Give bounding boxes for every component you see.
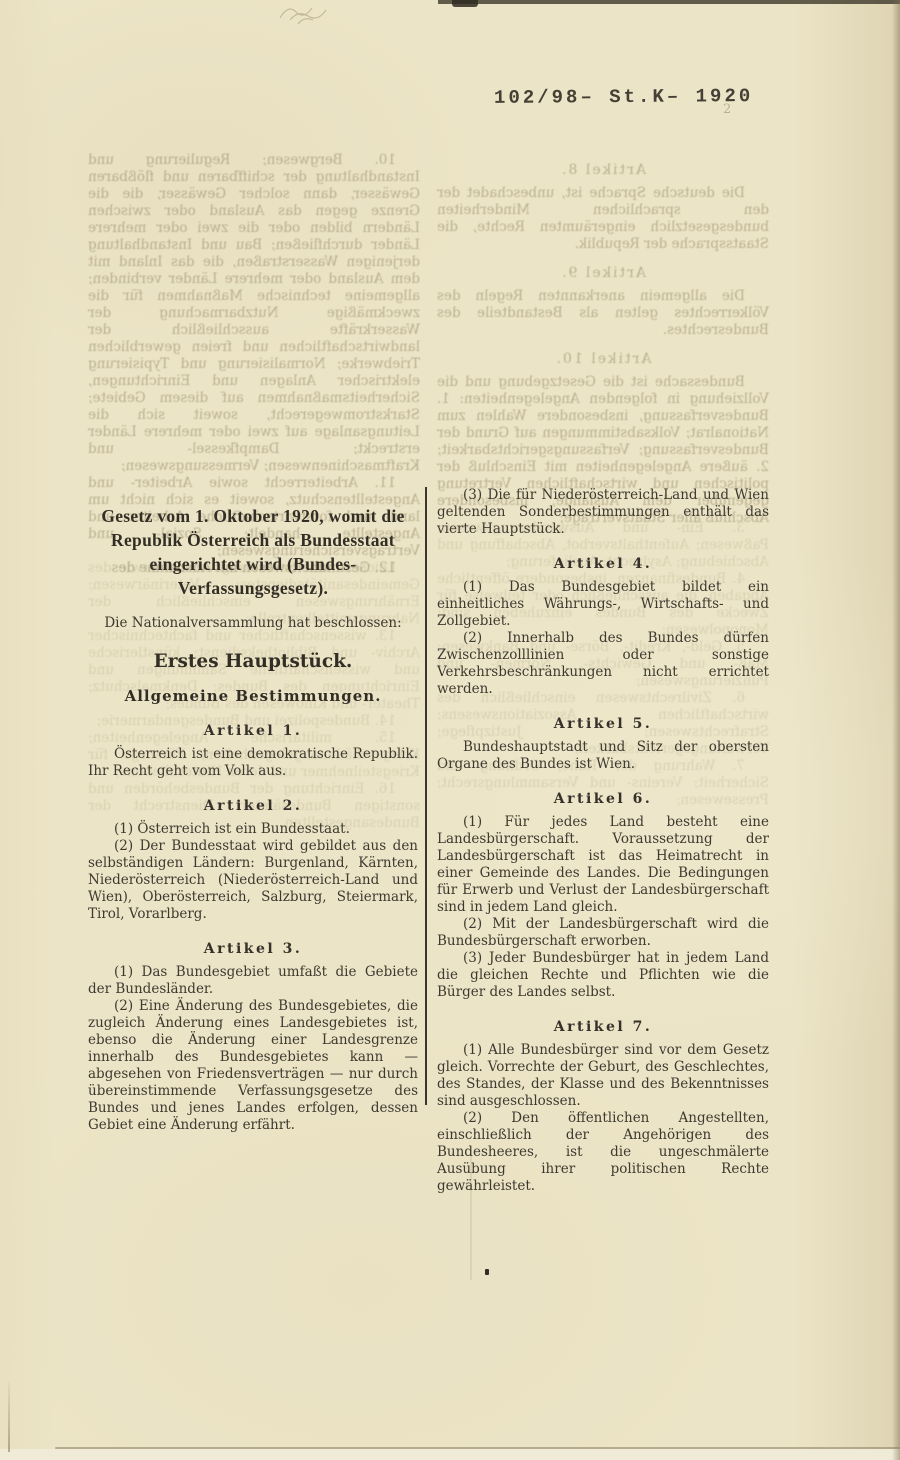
article-1-paragraph: Österreich ist eine demokratische Republ… bbox=[88, 746, 418, 780]
article-6-paragraph: (3) Jeder Bundesbürger hat in jedem Land… bbox=[437, 950, 769, 1001]
article-4-heading: Artikel 4. bbox=[437, 556, 769, 572]
scanned-document-page: 102/98– St.K– 1920 2 10. Bergwesen; Regu… bbox=[0, 0, 900, 1460]
article-6-heading: Artikel 6. bbox=[437, 791, 769, 807]
article-6-paragraph: (2) Mit der Landesbürgerschaft wird die … bbox=[437, 916, 769, 950]
article-4-paragraph: (2) Innerhalb des Bundes dürfen Zwischen… bbox=[437, 630, 769, 698]
article-5-heading: Artikel 5. bbox=[437, 716, 769, 732]
article-3-heading: Artikel 3. bbox=[88, 941, 418, 957]
archive-stamp: 102/98– St.K– 1920 bbox=[494, 85, 753, 109]
scan-edge-top-mark bbox=[452, 0, 478, 7]
bleedthrough-paragraph: 10. Bergwesen; Regulierung und Instandha… bbox=[88, 152, 420, 475]
article-3-paragraph: (2) Eine Änderung des Bundesgebietes, di… bbox=[88, 998, 418, 1134]
scan-edge-top bbox=[438, 0, 900, 4]
right-column: (3) Die für Niederösterreich-Land und Wi… bbox=[437, 487, 769, 1195]
article-6-paragraph: (1) Für jedes Land besteht eine Landesbü… bbox=[437, 814, 769, 916]
bleedthrough-right-top: Artikel 8. Die deutsche Sprache ist, unb… bbox=[437, 150, 769, 527]
column-divider-rule bbox=[425, 487, 427, 1105]
paper-bottom-edge bbox=[55, 1447, 900, 1449]
scan-edge-right bbox=[892, 0, 900, 1460]
left-column: Gesetz vom 1. Oktober 1920, womit die Re… bbox=[88, 504, 418, 1134]
paper-crease-left bbox=[8, 1382, 10, 1452]
chapter-heading: Erstes Hauptstück. bbox=[88, 651, 418, 672]
article-2-paragraph: (1) Österreich ist ein Bundesstaat. bbox=[88, 821, 418, 838]
ink-speck bbox=[485, 1269, 489, 1275]
bleedthrough-heading: Artikel 10. bbox=[437, 351, 769, 368]
article-2-heading: Artikel 2. bbox=[88, 798, 418, 814]
law-title: Gesetz vom 1. Oktober 1920, womit die Re… bbox=[88, 504, 418, 600]
article-5-paragraph: Bundeshauptstadt und Sitz der obersten O… bbox=[437, 739, 769, 773]
article-7-heading: Artikel 7. bbox=[437, 1019, 769, 1035]
bleedthrough-heading: Artikel 9. bbox=[437, 265, 769, 282]
article-1-heading: Artikel 1. bbox=[88, 723, 418, 739]
paper-bottom-strip bbox=[0, 1449, 900, 1460]
article-7-paragraph: (1) Alle Bundesbürger sind vor dem Geset… bbox=[437, 1042, 769, 1110]
bleedthrough-paragraph: Die allgemein anerkannten Regeln des Völ… bbox=[437, 288, 769, 339]
section-heading: Allgemeine Bestimmungen. bbox=[88, 687, 418, 705]
bleedthrough-heading: Artikel 8. bbox=[437, 162, 769, 179]
article-4-paragraph: (1) Das Bundesgebiet bildet ein einheitl… bbox=[437, 579, 769, 630]
article-3-paragraph: (1) Das Bundesgebiet umfaßt die Gebiete … bbox=[88, 964, 418, 998]
proclamation-line: Die Nationalversammlung hat beschlossen: bbox=[88, 615, 418, 632]
article-7-paragraph: (2) Den öffentlichen Angestellten, einsc… bbox=[437, 1110, 769, 1195]
article-2-paragraph: (2) Der Bundesstaat wird gebildet aus de… bbox=[88, 838, 418, 923]
pencil-scribble bbox=[268, 0, 338, 28]
bleedthrough-paragraph: Die deutsche Sprache ist, unbeschadet de… bbox=[437, 185, 769, 253]
article-3-continuation-paragraph: (3) Die für Niederösterreich-Land und Wi… bbox=[437, 487, 769, 538]
